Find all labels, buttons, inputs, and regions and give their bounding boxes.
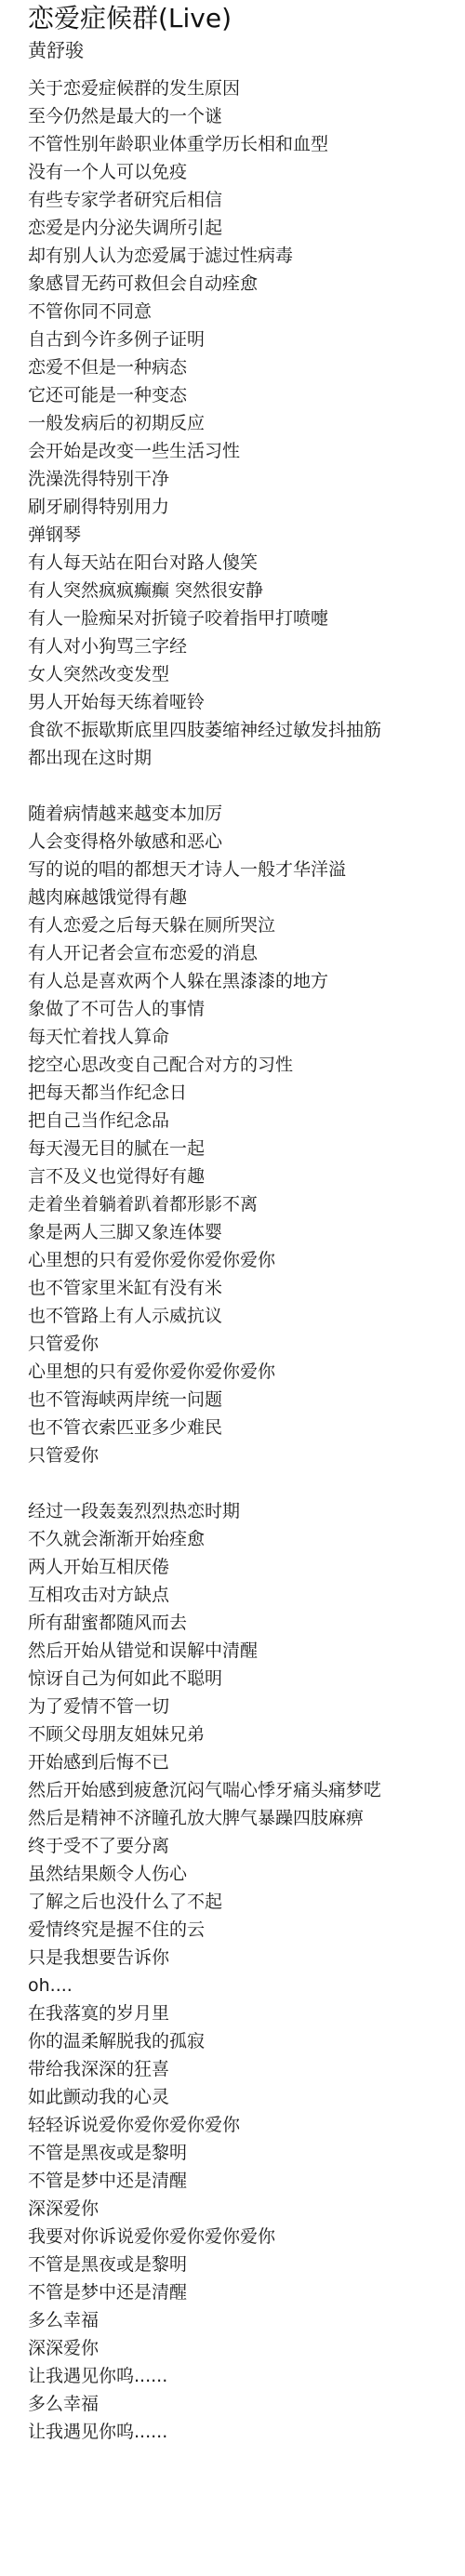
stanza-break xyxy=(28,772,465,800)
lyric-line: 有些专家学者研究后相信 xyxy=(28,186,465,214)
lyric-line: 会开始是改变一些生活习性 xyxy=(28,437,465,465)
lyric-line: 至今仍然是最大的一个谜 xyxy=(28,102,465,130)
lyric-line: 每天忙着找人算命 xyxy=(28,1023,465,1051)
lyric-line: 言不及义也觉得好有趣 xyxy=(28,1162,465,1190)
artist-name: 黄舒骏 xyxy=(28,37,465,63)
lyric-line: 所有甜蜜都随风而去 xyxy=(28,1609,465,1637)
lyric-line: 洗澡洗得特别干净 xyxy=(28,465,465,493)
lyric-line: 在我落寞的岁月里 xyxy=(28,1999,465,2027)
lyric-line: 人会变得格外敏感和恶心 xyxy=(28,828,465,856)
lyric-line: 象感冒无药可救但会自动痊愈 xyxy=(28,270,465,298)
lyric-line: 有人对小狗骂三字经 xyxy=(28,632,465,660)
lyric-line: 不管是梦中还是清醒 xyxy=(28,2278,465,2306)
lyric-line: 食欲不振歇斯底里四肢萎缩神经过敏发抖抽筋 xyxy=(28,716,465,744)
lyric-line: oh.... xyxy=(28,1972,465,1999)
lyric-line: 虽然结果颇令人伤心 xyxy=(28,1860,465,1888)
lyric-line: 自古到今许多例子证明 xyxy=(28,325,465,353)
lyric-line: 只是我想要告诉你 xyxy=(28,1944,465,1972)
lyric-line: 终于受不了要分离 xyxy=(28,1832,465,1860)
lyric-line: 一般发病后的初期反应 xyxy=(28,409,465,437)
lyric-line: 只管爱你 xyxy=(28,1441,465,1469)
lyric-line: 开始感到后悔不已 xyxy=(28,1748,465,1776)
lyric-line: 心里想的只有爱你爱你爱你爱你 xyxy=(28,1358,465,1386)
lyric-line: 也不管路上有人示威抗议 xyxy=(28,1302,465,1330)
lyric-line: 轻轻诉说爱你爱你爱你爱你 xyxy=(28,2111,465,2139)
lyric-line: 有人突然疯疯癫癫 突然很安静 xyxy=(28,577,465,604)
lyric-line: 走着坐着躺着趴着都形影不离 xyxy=(28,1190,465,1218)
lyric-line: 互相攻击对方缺点 xyxy=(28,1581,465,1609)
lyric-line: 有人每天站在阳台对路人傻笑 xyxy=(28,549,465,577)
lyric-line: 弹钢琴 xyxy=(28,521,465,549)
lyric-line: 不管你同不同意 xyxy=(28,298,465,325)
lyric-line: 都出现在这时期 xyxy=(28,744,465,772)
lyric-line: 女人突然改变发型 xyxy=(28,660,465,688)
lyric-line: 男人开始每天练着哑铃 xyxy=(28,688,465,716)
lyric-line: 多么幸福 xyxy=(28,2306,465,2334)
stanza-break xyxy=(28,1469,465,1497)
lyric-line: 把每天都当作纪念日 xyxy=(28,1079,465,1107)
lyric-line: 没有一个人可以免疫 xyxy=(28,158,465,186)
lyrics-page: 恋爱症候群(Live) 黄舒骏 关于恋爱症候群的发生原因至今仍然是最大的一个谜不… xyxy=(0,0,465,2446)
lyric-line: 心里想的只有爱你爱你爱你爱你 xyxy=(28,1246,465,1274)
lyric-line: 惊讶自己为何如此不聪明 xyxy=(28,1665,465,1693)
lyric-line: 经过一段轰轰烈烈热恋时期 xyxy=(28,1497,465,1525)
lyric-line: 恋爱是内分泌失调所引起 xyxy=(28,214,465,242)
lyric-line: 象是两人三脚又象连体婴 xyxy=(28,1218,465,1246)
song-title: 恋爱症候群(Live) xyxy=(28,2,465,35)
lyric-line: 恋爱不但是一种病态 xyxy=(28,353,465,381)
lyric-line: 关于恋爱症候群的发生原因 xyxy=(28,74,465,102)
lyrics-body: 关于恋爱症候群的发生原因至今仍然是最大的一个谜不管性别年龄职业体重学历长相和血型… xyxy=(28,74,465,2446)
lyric-line: 也不管海峡两岸统一问题 xyxy=(28,1386,465,1414)
lyric-line: 每天漫无目的腻在一起 xyxy=(28,1135,465,1162)
lyric-line: 我要对你诉说爱你爱你爱你爱你 xyxy=(28,2223,465,2251)
lyric-line: 不管是梦中还是清醒 xyxy=(28,2167,465,2195)
lyric-line: 挖空心思改变自己配合对方的习性 xyxy=(28,1051,465,1079)
lyric-line: 只管爱你 xyxy=(28,1330,465,1358)
lyric-line: 不管性别年龄职业体重学历长相和血型 xyxy=(28,130,465,158)
lyric-line: 却有别人认为恋爱属于滤过性病毒 xyxy=(28,242,465,270)
lyric-line: 有人总是喜欢两个人躲在黑漆漆的地方 xyxy=(28,967,465,995)
lyric-line: 为了爱情不管一切 xyxy=(28,1693,465,1720)
lyric-line: 有人一脸痴呆对折镜子咬着指甲打喷嚏 xyxy=(28,604,465,632)
lyric-line: 了解之后也没什么了不起 xyxy=(28,1888,465,1916)
lyric-line: 随着病情越来越变本加厉 xyxy=(28,800,465,828)
lyric-line: 如此颤动我的心灵 xyxy=(28,2083,465,2111)
lyric-line: 不久就会渐渐开始痊愈 xyxy=(28,1525,465,1553)
lyric-line: 然后是精神不济瞳孔放大脾气暴躁四肢麻痹 xyxy=(28,1804,465,1832)
lyric-line: 不顾父母朋友姐妹兄弟 xyxy=(28,1720,465,1748)
lyric-line: 象做了不可告人的事情 xyxy=(28,995,465,1023)
lyric-line: 多么幸福 xyxy=(28,2390,465,2418)
lyric-line: 爱情终究是握不住的云 xyxy=(28,1916,465,1944)
lyric-line: 也不管衣索匹亚多少难民 xyxy=(28,1414,465,1441)
lyric-line: 然后开始感到疲惫沉闷气喘心悸牙痛头痛梦呓 xyxy=(28,1776,465,1804)
lyric-line: 然后开始从错觉和误解中清醒 xyxy=(28,1637,465,1665)
lyric-line: 深深爱你 xyxy=(28,2195,465,2223)
lyric-line: 带给我深深的狂喜 xyxy=(28,2055,465,2083)
lyric-line: 它还可能是一种变态 xyxy=(28,381,465,409)
lyric-line: 把自己当作纪念品 xyxy=(28,1107,465,1135)
lyric-line: 两人开始互相厌倦 xyxy=(28,1553,465,1581)
lyric-line: 让我遇见你呜...... xyxy=(28,2362,465,2390)
lyric-line: 不管是黑夜或是黎明 xyxy=(28,2139,465,2167)
lyric-line: 刷牙刷得特别用力 xyxy=(28,493,465,521)
lyric-line: 深深爱你 xyxy=(28,2334,465,2362)
lyric-line: 有人恋爱之后每天躲在厕所哭泣 xyxy=(28,911,465,939)
lyric-line: 越肉麻越饿觉得有趣 xyxy=(28,883,465,911)
lyric-line: 写的说的唱的都想天才诗人一般才华洋溢 xyxy=(28,856,465,883)
lyric-line: 也不管家里米缸有没有米 xyxy=(28,1274,465,1302)
lyric-line: 你的温柔解脱我的孤寂 xyxy=(28,2027,465,2055)
lyric-line: 有人开记者会宣布恋爱的消息 xyxy=(28,939,465,967)
lyric-line: 不管是黑夜或是黎明 xyxy=(28,2251,465,2278)
lyric-line: 让我遇见你呜...... xyxy=(28,2418,465,2446)
